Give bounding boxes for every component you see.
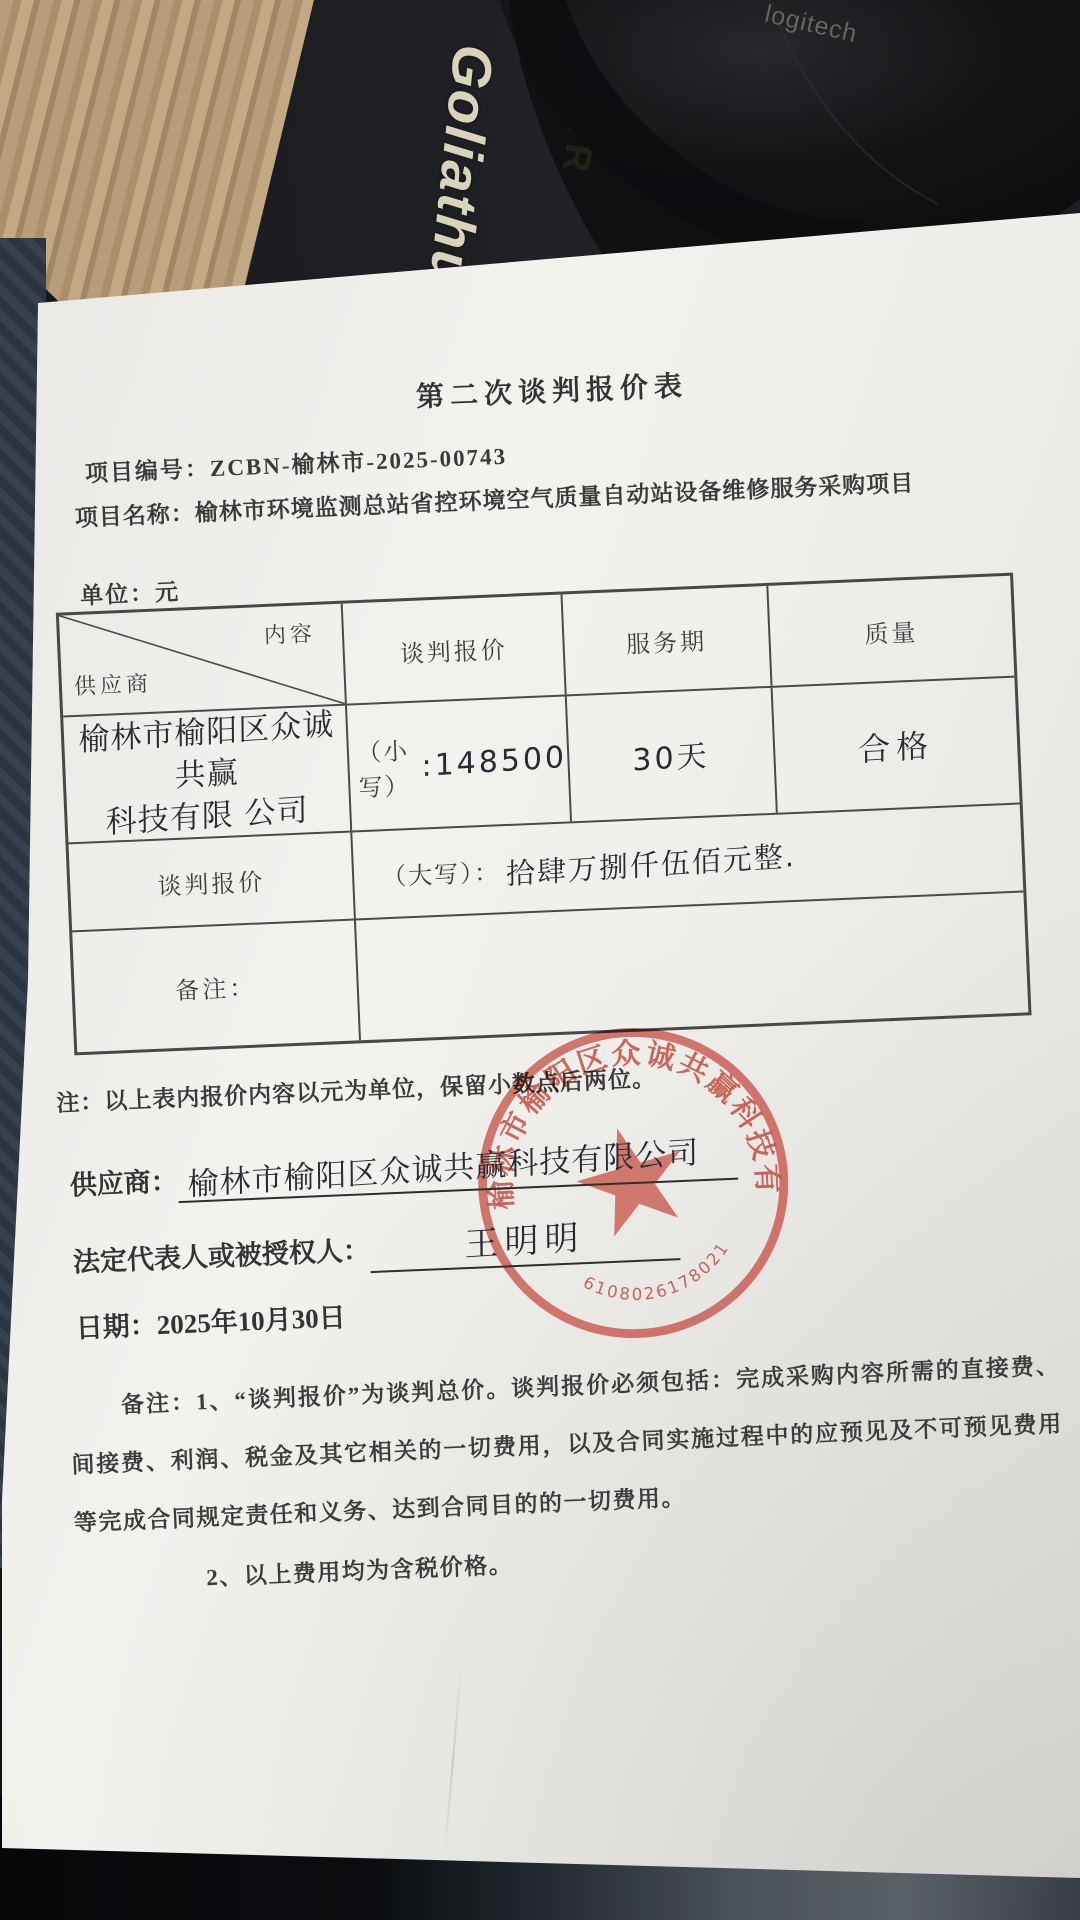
bid-small-label: （小写） bbox=[348, 730, 419, 803]
cell-bid-small: （小写） :148500 bbox=[345, 696, 570, 830]
project-number-line: 项目编号：ZCBN-榆林市-2025-00743 bbox=[84, 438, 507, 489]
supplier-line2: 科技有限 公司 bbox=[106, 792, 309, 841]
header-bid: 谈判报价 bbox=[341, 595, 565, 704]
diagonal-label-supplier: 供应商 bbox=[73, 667, 152, 701]
quotation-table: 内容 供应商 谈判报价 服务期 质量 榆林市榆阳区众诚共赢 科技有限 公司 bbox=[56, 573, 1032, 1056]
project-name-label: 项目名称： bbox=[74, 501, 195, 531]
cell-service-period: 30天 bbox=[565, 688, 776, 822]
bid-large-value-handwriting: 拾肆万捌仟伍佰元整. bbox=[506, 833, 796, 892]
bid-large-label: （大写）： bbox=[381, 852, 500, 892]
date-value: 2025年10月30日 bbox=[156, 1302, 346, 1340]
supplier-line1: 榆林市榆阳区众诚共赢 bbox=[78, 706, 334, 794]
legal-rep-label: 法定代表人或被授权人： bbox=[72, 1235, 370, 1277]
cell-bid-row-label: 谈判报价 bbox=[69, 833, 354, 931]
form-title: 第二次谈判报价表 bbox=[271, 358, 832, 421]
bid-small-value-handwriting: :148500 bbox=[422, 740, 568, 784]
diagonal-header-cell: 内容 供应商 bbox=[59, 604, 345, 716]
header-service-period: 服务期 bbox=[561, 586, 771, 695]
date-label: 日期： bbox=[75, 1310, 157, 1343]
quotation-form: 第二次谈判报价表 项目编号：ZCBN-榆林市-2025-00743 项目名称：榆… bbox=[0, 226, 1080, 1895]
supplier-handwriting: 榆林市榆阳区众诚共赢 科技有限 公司 bbox=[65, 702, 348, 846]
project-number-value: ZCBN-榆林市-2025-00743 bbox=[209, 444, 507, 481]
cell-remark-label: 备注： bbox=[72, 921, 359, 1053]
date-line: 日期：2025年10月30日 bbox=[75, 1295, 346, 1345]
project-number-label: 项目编号： bbox=[85, 456, 211, 486]
unit-line: 单位：元 bbox=[79, 574, 180, 611]
diagonal-label-content: 内容 bbox=[263, 617, 316, 650]
supplier-signature-label: 供应商： bbox=[69, 1166, 178, 1200]
photo-scene: Goliathus RAZER logitech 第二次谈判报价表 项目编号：Z… bbox=[0, 0, 1080, 1920]
remarks-block: 备注：1、“谈判报价”为谈判总价。谈判报价必须包括：完成采购内容所需的直接费、间… bbox=[68, 1337, 1069, 1612]
header-quality: 质量 bbox=[766, 576, 1014, 686]
service-period-handwriting: 30天 bbox=[633, 730, 711, 779]
cell-supplier-name: 榆林市榆阳区众诚共赢 科技有限 公司 bbox=[63, 706, 350, 843]
cell-quality: 合格 bbox=[771, 678, 1020, 813]
quality-handwriting: 合格 bbox=[858, 720, 934, 771]
legal-rep-handwriting: 王明明 bbox=[464, 1210, 584, 1267]
